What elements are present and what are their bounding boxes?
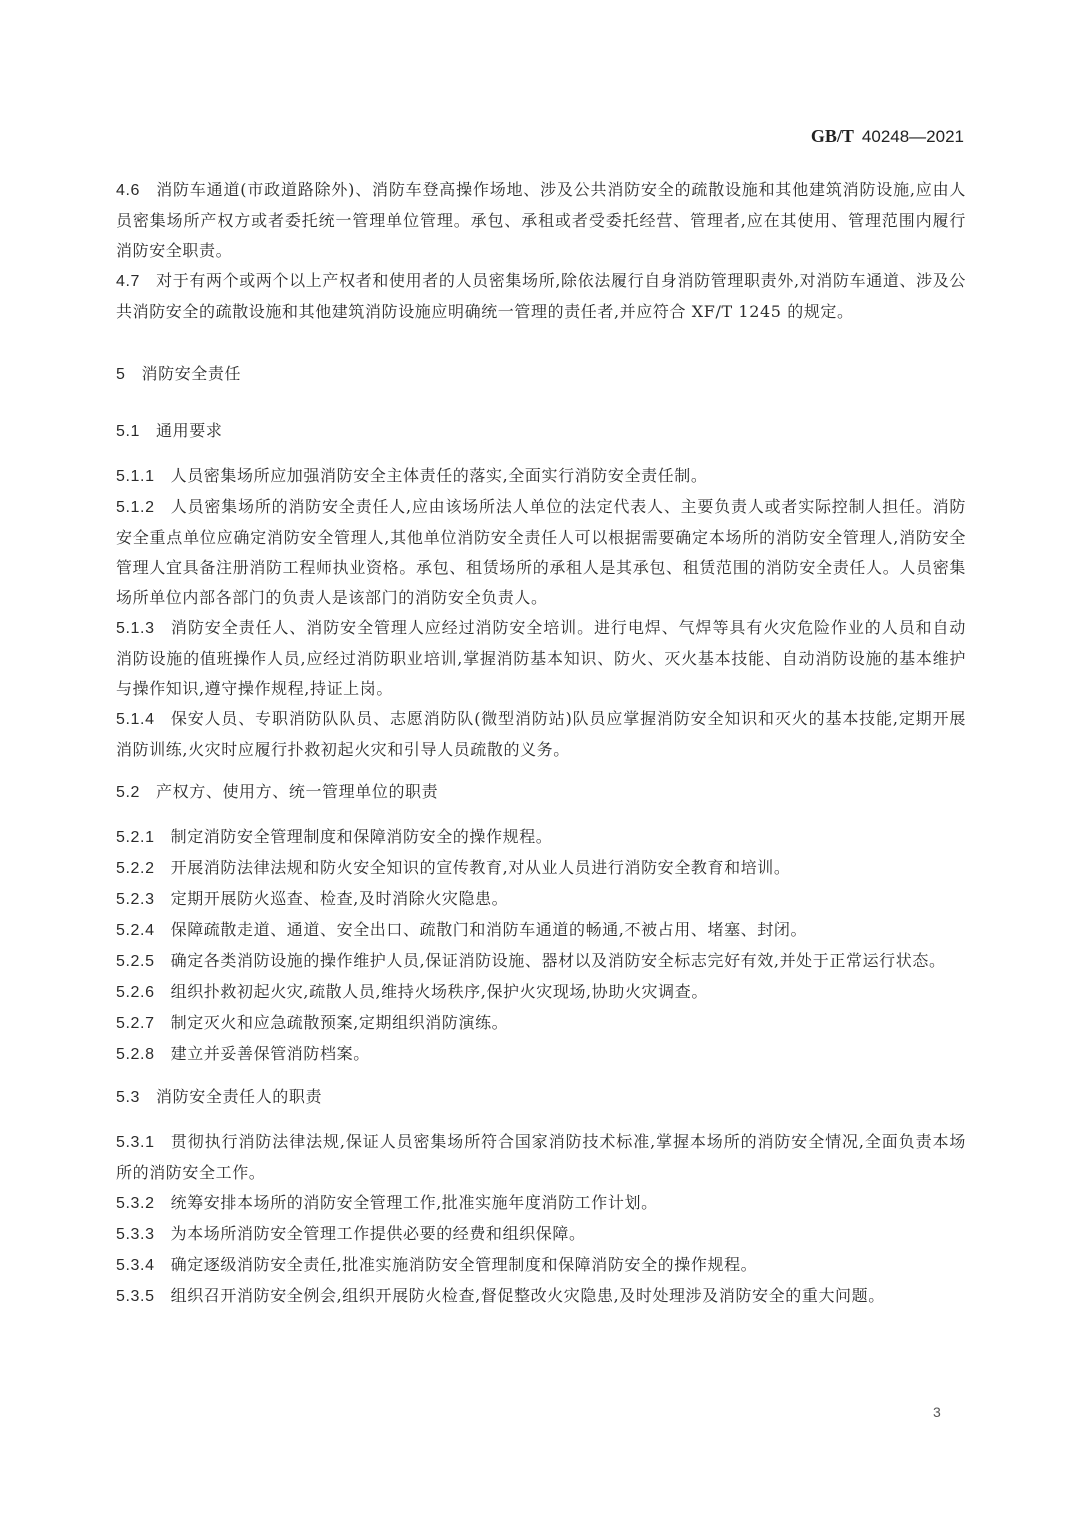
clause-text: 人员密集场所的消防安全责任人,应由该场所法人单位的法定代表人、主要负责人或者实际…	[116, 497, 966, 607]
clause-5-2-7: 5.2.7制定灭火和应急疏散预案,定期组织消防演练。	[116, 1008, 966, 1039]
clause-text: 定期开展防火巡查、检查,及时消除火灾隐患。	[171, 889, 509, 908]
clause-text: 建立并妥善保管消防档案。	[171, 1044, 370, 1063]
clause-number: 5.2.5	[116, 953, 155, 970]
clause-text: 保安人员、专职消防队队员、志愿消防队(微型消防站)队员应掌握消防安全知识和灭火的…	[116, 709, 966, 759]
page-number: 3	[933, 1404, 941, 1420]
clause-number: 5.2.7	[116, 1015, 155, 1032]
section-title: 消防安全责任	[142, 364, 242, 383]
standard-number: 40248—2021	[862, 127, 964, 146]
clause-4-7: 4.7对于有两个或两个以上产权者和使用者的人员密集场所,除依法履行自身消防管理职…	[116, 266, 966, 327]
clause-5-1-4: 5.1.4保安人员、专职消防队队员、志愿消防队(微型消防站)队员应掌握消防安全知…	[116, 704, 966, 765]
clause-number: 5.2.1	[116, 829, 155, 846]
clause-5-3-4: 5.3.4确定逐级消防安全责任,批准实施消防安全管理制度和保障消防安全的操作规程…	[116, 1250, 966, 1281]
clause-5-2-6: 5.2.6组织扑救初起火灾,疏散人员,维持火场秩序,保护火灾现场,协助火灾调查。	[116, 977, 966, 1008]
clause-number: 4.7	[116, 273, 140, 290]
clause-number: 5.3.5	[116, 1288, 155, 1305]
subsection-heading-5-1: 5.1通用要求	[116, 416, 966, 447]
clause-5-3-5: 5.3.5组织召开消防安全例会,组织开展防火检查,督促整改火灾隐患,及时处理涉及…	[116, 1281, 966, 1312]
section-title: 消防安全责任人的职责	[156, 1087, 322, 1106]
clause-text: 对于有两个或两个以上产权者和使用者的人员密集场所,除依法履行自身消防管理职责外,…	[116, 271, 966, 321]
section-number: 5.3	[116, 1089, 140, 1106]
clause-5-1-1: 5.1.1人员密集场所应加强消防安全主体责任的落实,全面实行消防安全责任制。	[116, 461, 966, 492]
clause-5-2-3: 5.2.3定期开展防火巡查、检查,及时消除火灾隐患。	[116, 884, 966, 915]
clause-5-2-2: 5.2.2开展消防法律法规和防火安全知识的宣传教育,对从业人员进行消防安全教育和…	[116, 853, 966, 884]
clause-number: 5.1.4	[116, 711, 155, 728]
clause-number: 5.1.3	[116, 620, 155, 637]
clause-text: 消防安全责任人、消防安全管理人应经过消防安全培训。进行电焊、气焊等具有火灾危险作…	[116, 618, 966, 698]
clause-5-3-2: 5.3.2统筹安排本场所的消防安全管理工作,批准实施年度消防工作计划。	[116, 1188, 966, 1219]
clause-text: 组织扑救初起火灾,疏散人员,维持火场秩序,保护火灾现场,协助火灾调查。	[171, 982, 708, 1001]
clause-text: 消防车通道(市政道路除外)、消防车登高操作场地、涉及公共消防安全的疏散设施和其他…	[116, 180, 966, 260]
document-body: 4.6消防车通道(市政道路除外)、消防车登高操作场地、涉及公共消防安全的疏散设施…	[116, 175, 966, 1312]
clause-text: 保障疏散走道、通道、安全出口、疏散门和消防车通道的畅通,不被占用、堵塞、封闭。	[171, 920, 808, 939]
clause-number: 5.3.3	[116, 1226, 155, 1243]
section-title: 通用要求	[156, 421, 222, 440]
clause-5-1-2: 5.1.2人员密集场所的消防安全责任人,应由该场所法人单位的法定代表人、主要负责…	[116, 492, 966, 613]
clause-number: 5.1.1	[116, 468, 155, 485]
clause-text: 统筹安排本场所的消防安全管理工作,批准实施年度消防工作计划。	[171, 1193, 658, 1212]
clause-number: 5.2.8	[116, 1046, 155, 1063]
clause-text: 确定逐级消防安全责任,批准实施消防安全管理制度和保障消防安全的操作规程。	[171, 1255, 758, 1274]
clause-number: 5.2.6	[116, 984, 155, 1001]
clause-text: 开展消防法律法规和防火安全知识的宣传教育,对从业人员进行消防安全教育和培训。	[171, 858, 791, 877]
clause-text: 组织召开消防安全例会,组织开展防火检查,督促整改火灾隐患,及时处理涉及消防安全的…	[171, 1286, 885, 1305]
standard-prefix: GB/T	[811, 126, 854, 146]
clause-number: 5.2.2	[116, 860, 155, 877]
section-number: 5.2	[116, 784, 140, 801]
standard-code: GB/T40248—2021	[811, 126, 964, 147]
clause-text: 人员密集场所应加强消防安全主体责任的落实,全面实行消防安全责任制。	[171, 466, 708, 485]
clause-5-3-3: 5.3.3为本场所消防安全管理工作提供必要的经费和组织保障。	[116, 1219, 966, 1250]
clause-text: 制定消防安全管理制度和保障消防安全的操作规程。	[171, 827, 553, 846]
clause-text: 为本场所消防安全管理工作提供必要的经费和组织保障。	[171, 1224, 586, 1243]
clause-text: 贯彻执行消防法律法规,保证人员密集场所符合国家消防技术标准,掌握本场所的消防安全…	[116, 1132, 966, 1182]
clause-number: 5.3.1	[116, 1134, 155, 1151]
clause-5-2-1: 5.2.1制定消防安全管理制度和保障消防安全的操作规程。	[116, 822, 966, 853]
section-number: 5.1	[116, 423, 140, 440]
clause-number: 5.2.4	[116, 922, 155, 939]
clause-number: 5.3.4	[116, 1257, 155, 1274]
clause-number: 5.1.2	[116, 499, 155, 516]
clause-5-3-1: 5.3.1贯彻执行消防法律法规,保证人员密集场所符合国家消防技术标准,掌握本场所…	[116, 1127, 966, 1188]
clause-text: 制定灭火和应急疏散预案,定期组织消防演练。	[171, 1013, 509, 1032]
subsection-heading-5-2: 5.2产权方、使用方、统一管理单位的职责	[116, 777, 966, 808]
clause-4-6: 4.6消防车通道(市政道路除外)、消防车登高操作场地、涉及公共消防安全的疏散设施…	[116, 175, 966, 266]
clause-number: 5.2.3	[116, 891, 155, 908]
clause-5-2-8: 5.2.8建立并妥善保管消防档案。	[116, 1039, 966, 1070]
section-heading-5: 5消防安全责任	[116, 359, 966, 390]
section-title: 产权方、使用方、统一管理单位的职责	[156, 782, 438, 801]
section-number: 5	[116, 366, 126, 383]
clause-text: 确定各类消防设施的操作维护人员,保证消防设施、器材以及消防安全标志完好有效,并处…	[171, 951, 946, 970]
clause-5-2-4: 5.2.4保障疏散走道、通道、安全出口、疏散门和消防车通道的畅通,不被占用、堵塞…	[116, 915, 966, 946]
clause-number: 4.6	[116, 182, 140, 199]
clause-5-2-5: 5.2.5确定各类消防设施的操作维护人员,保证消防设施、器材以及消防安全标志完好…	[116, 946, 966, 977]
clause-number: 5.3.2	[116, 1195, 155, 1212]
subsection-heading-5-3: 5.3消防安全责任人的职责	[116, 1082, 966, 1113]
clause-5-1-3: 5.1.3消防安全责任人、消防安全管理人应经过消防安全培训。进行电焊、气焊等具有…	[116, 613, 966, 704]
